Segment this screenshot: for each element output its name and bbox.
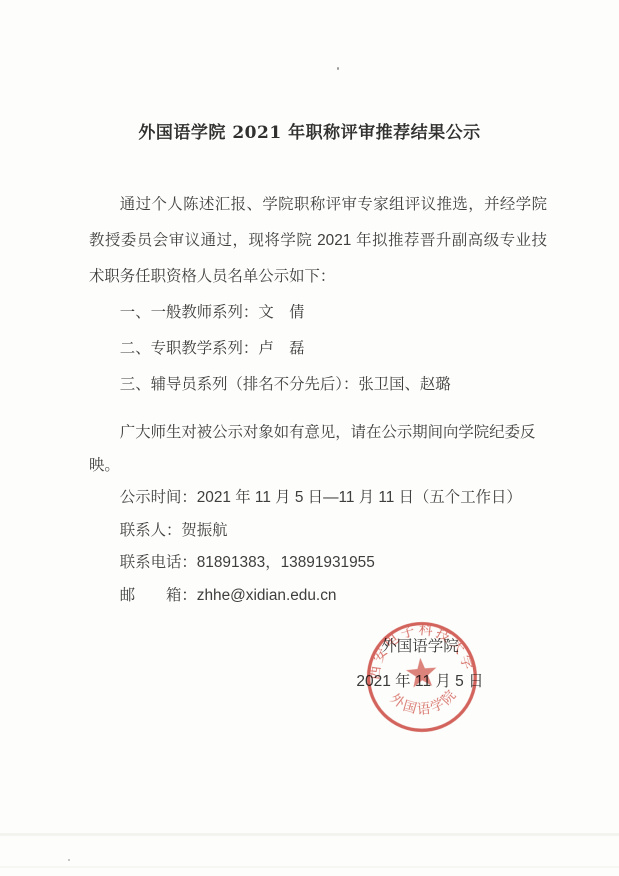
contact-phone: 联系电话：81891383，13891931955 xyxy=(89,547,547,580)
nominee-line-teacher-series: 一、一般教师系列：文 倩 xyxy=(89,295,547,331)
document-title: 外国语学院 2021 年职称评审推荐结果公示 xyxy=(0,118,619,143)
scan-artifact-dot xyxy=(337,67,339,70)
contact-email: 邮 箱：zhhe@xidian.edu.cn xyxy=(89,580,547,613)
signature-org: 外国语学院 xyxy=(349,636,491,658)
feedback-notice: 广大师生对被公示对象如有意见，请在公示期间向学院纪委反映。 xyxy=(89,417,547,482)
signature-date: 2021 年 11 月 5 日 xyxy=(349,671,491,693)
publicity-period: 公示时间：2021 年 11 月 5 日—11 月 11 日（五个工作日） xyxy=(89,482,547,515)
document-page: 外国语学院 2021 年职称评审推荐结果公示 通过个人陈述汇报、学院职称评审专家… xyxy=(0,0,619,876)
scan-artifact-band xyxy=(0,866,619,868)
nominee-line-counselor-series: 三、辅导员系列（排名不分先后）：张卫国、赵璐 xyxy=(89,367,547,403)
nominee-line-teaching-series: 二、专职教学系列：卢 磊 xyxy=(89,331,547,367)
intro-paragraph: 通过个人陈述汇报、学院职称评审专家组评议推选，并经学院教授委员会审议通过，现将学… xyxy=(89,187,547,295)
contact-block: 广大师生对被公示对象如有意见，请在公示期间向学院纪委反映。 公示时间：2021 … xyxy=(89,417,547,612)
scan-artifact-band xyxy=(0,833,619,836)
signature-block: 外国语学院 2021 年 11 月 5 日 xyxy=(349,636,491,693)
contact-person: 联系人：贺振航 xyxy=(89,515,547,548)
scan-artifact-dot xyxy=(68,859,70,861)
document-body: 通过个人陈述汇报、学院职称评审专家组评议推选，并经学院教授委员会审议通过，现将学… xyxy=(89,187,547,612)
